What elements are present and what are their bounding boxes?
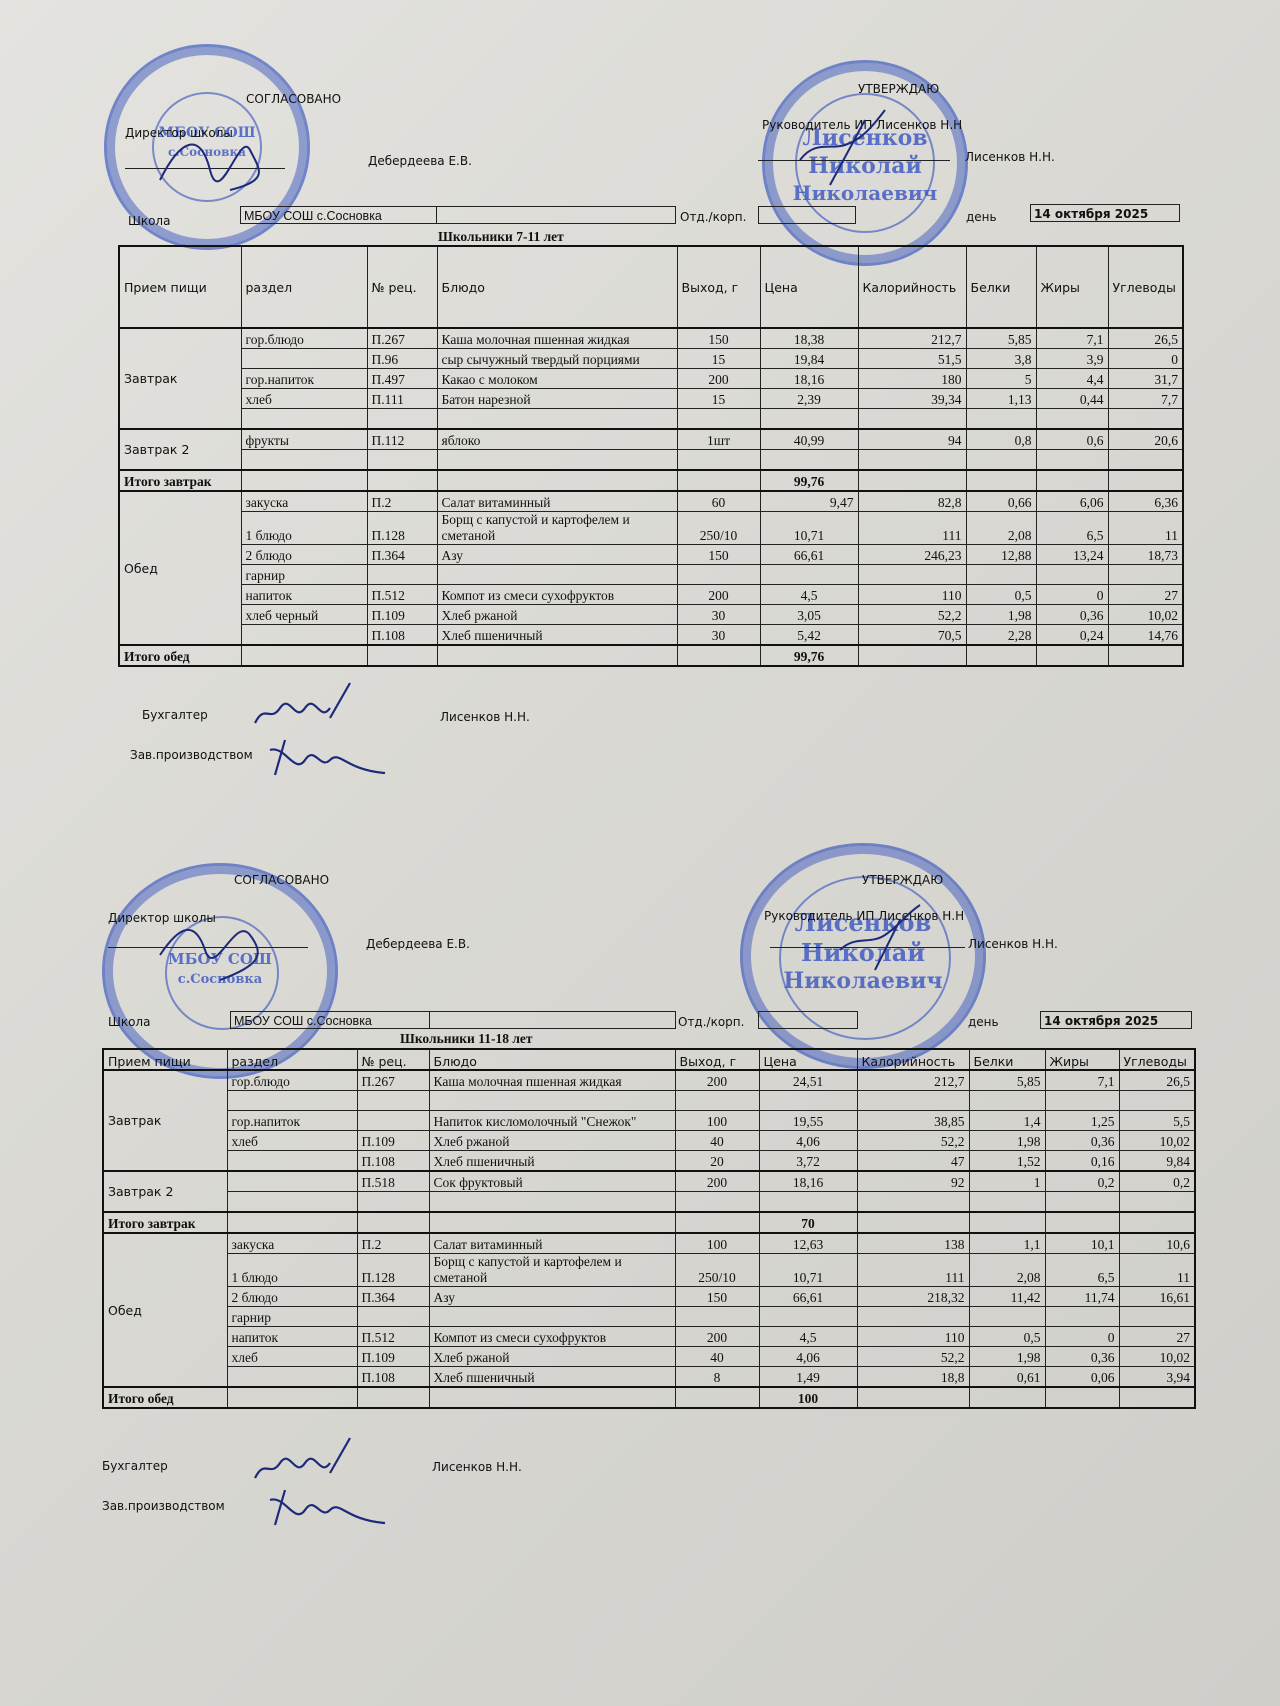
table-row: хлебП.109Хлеб ржаной404,0652,21,980,3610… [103,1347,1195,1367]
dish: Хлеб ржаной [429,1131,675,1151]
breakfast-total-row: Итого завтрак70 [103,1212,1195,1233]
breakfast-total-row: Итого завтрак99,76 [119,470,1183,491]
column-header: Выход, г [677,246,760,328]
table-row [103,1192,1195,1213]
calories: 212,7 [858,328,966,349]
head-signature [790,100,900,190]
dish: Батон нарезной [437,389,677,409]
price [759,1091,857,1111]
empty-cell [429,1212,675,1233]
dish [437,409,677,430]
fats [1045,1091,1119,1111]
empty-cell [437,470,677,491]
proteins: 1,98 [969,1131,1045,1151]
calories: 138 [857,1233,969,1254]
director-signature-line [108,947,308,948]
price: 4,5 [760,585,858,605]
recipe-no: П.518 [357,1171,429,1192]
price: 4,06 [759,1347,857,1367]
proteins: 0,66 [966,491,1036,512]
recipe-no: П.364 [357,1287,429,1307]
table-title: Школьники 11-18 лет [400,1031,533,1047]
section: гор.напиток [227,1111,357,1131]
empty-cell [1108,645,1183,666]
recipe-no: П.108 [367,625,437,646]
table-title: Школьники 7-11 лет [438,229,564,245]
dept-label: Отд./корп. [678,1015,744,1029]
production-signature [265,1485,395,1535]
ip-stamp-line3: Николаевич [743,968,983,994]
lunch-total-row: Итого обед100 [103,1387,1195,1408]
yield [677,450,760,471]
accountant-signature [250,1433,360,1493]
dish [429,1307,675,1327]
yield: 60 [677,491,760,512]
price: 12,63 [759,1233,857,1254]
empty-cell [857,1387,969,1408]
accountant-label: Бухгалтер [142,708,208,722]
table-row: 2 блюдоП.364Азу15066,61246,2312,8813,241… [119,545,1183,565]
proteins: 0,5 [969,1327,1045,1347]
proteins: 5,85 [969,1070,1045,1091]
fats: 0 [1045,1327,1119,1347]
dish: Хлеб ржаной [437,605,677,625]
dept-label: Отд./корп. [680,210,746,224]
yield: 1шт [677,429,760,450]
yield [675,1192,759,1213]
price: 18,38 [760,328,858,349]
price: 3,05 [760,605,858,625]
dish: яблоко [437,429,677,450]
column-header: Углеводы [1119,1049,1195,1070]
empty-cell [969,1387,1045,1408]
empty-cell [858,645,966,666]
recipe-no: П.267 [357,1070,429,1091]
fats [1045,1307,1119,1327]
carbs [1108,565,1183,585]
empty-cell [1045,1212,1119,1233]
calories [857,1192,969,1213]
recipe-no: П.108 [357,1367,429,1388]
section [227,1151,357,1172]
price: 18,16 [760,369,858,389]
calories: 94 [858,429,966,450]
price: 19,55 [759,1111,857,1131]
section: закуска [227,1233,357,1254]
price [760,565,858,585]
price: 24,51 [759,1070,857,1091]
column-header: раздел [241,246,367,328]
proteins: 2,08 [969,1254,1045,1287]
carbs: 11 [1119,1254,1195,1287]
recipe-no: П.267 [367,328,437,349]
calories: 18,8 [857,1367,969,1388]
recipe-no: П.96 [367,349,437,369]
carbs: 31,7 [1108,369,1183,389]
recipe-no: П.109 [367,605,437,625]
proteins [966,565,1036,585]
yield [677,409,760,430]
yield: 100 [675,1111,759,1131]
fats: 6,5 [1045,1254,1119,1287]
empty-cell [675,1212,759,1233]
column-header: Калорийность [857,1049,969,1070]
carbs: 10,6 [1119,1233,1195,1254]
yield: 150 [675,1287,759,1307]
calories [858,565,966,585]
price: 4,5 [759,1327,857,1347]
yield: 200 [675,1327,759,1347]
column-header: Прием пищи [103,1049,227,1070]
carbs: 18,73 [1108,545,1183,565]
empty-cell [429,1387,675,1408]
meal-name: Обед [103,1233,227,1387]
ip-stamp-line2: Николай [743,938,983,967]
day-field[interactable]: 14 октября 2025 [1040,1011,1192,1029]
empty-cell [367,470,437,491]
table-row: ОбедзакускаП.2Салат витаминный10012,6313… [103,1233,1195,1254]
school-field[interactable]: МБОУ СОШ с.Сосновка [240,206,437,224]
calories [857,1307,969,1327]
empty-cell [1108,470,1183,491]
proteins: 2,08 [966,512,1036,545]
section: напиток [241,585,367,605]
yield: 40 [675,1347,759,1367]
school-extra-field[interactable] [436,206,676,224]
yield: 20 [675,1151,759,1172]
fats [1036,409,1108,430]
fats: 0,36 [1036,605,1108,625]
carbs [1119,1307,1195,1327]
carbs: 27 [1119,1327,1195,1347]
carbs [1119,1192,1195,1213]
carbs: 10,02 [1108,605,1183,625]
table-row: ОбедзакускаП.2Салат витаминный609,4782,8… [119,491,1183,512]
recipe-no [367,565,437,585]
calories [858,450,966,471]
fats: 1,25 [1045,1111,1119,1131]
production-signature [265,735,395,785]
dish: Какао с молоком [437,369,677,389]
calories: 212,7 [857,1070,969,1091]
fats [1036,565,1108,585]
total-price: 99,76 [760,645,858,666]
school-stamp-line2: с.Сосновка [107,145,307,159]
ip-stamp-line2: Николай [765,153,965,179]
proteins: 3,8 [966,349,1036,369]
proteins: 11,42 [969,1287,1045,1307]
table-row: напитокП.512Компот из смеси сухофруктов2… [119,585,1183,605]
day-label: день [966,210,997,224]
empty-cell [1119,1212,1195,1233]
section: хлеб черный [241,605,367,625]
proteins: 1,98 [969,1347,1045,1367]
table-header-row: Прием пищираздел№ рец.БлюдоВыход, гЦенаК… [103,1049,1195,1070]
meal-name: Завтрак [103,1070,227,1171]
column-header: Жиры [1045,1049,1119,1070]
carbs [1108,450,1183,471]
table-row: гор.напитокП.497Какао с молоком20018,161… [119,369,1183,389]
recipe-no: П.512 [357,1327,429,1347]
recipe-no [357,1192,429,1213]
total-label: Итого обед [119,645,241,666]
price: 5,42 [760,625,858,646]
carbs: 6,36 [1108,491,1183,512]
dish [429,1091,675,1111]
table-row: хлебП.111Батон нарезной152,3939,341,130,… [119,389,1183,409]
carbs: 16,61 [1119,1287,1195,1307]
calories: 110 [857,1327,969,1347]
table-row: 1 блюдоП.128Борщ с капустой и картофелем… [119,512,1183,545]
table-row: 2 блюдоП.364Азу15066,61218,3211,4211,741… [103,1287,1195,1307]
section [227,1171,357,1192]
recipe-no [357,1091,429,1111]
recipe-no: П.109 [357,1131,429,1151]
empty-cell [969,1212,1045,1233]
recipe-no: П.2 [367,491,437,512]
recipe-no [357,1307,429,1327]
yield: 100 [675,1233,759,1254]
fats: 4,4 [1036,369,1108,389]
total-label: Итого завтрак [119,470,241,491]
table-header-row: Прием пищираздел№ рец.БлюдоВыход, гЦенаК… [119,246,1183,328]
total-price: 70 [759,1212,857,1233]
price [760,450,858,471]
school-stamp: МБОУ СОШ с.Сосновка [102,863,338,1079]
section: 1 блюдо [227,1254,357,1287]
price: 66,61 [759,1287,857,1307]
column-header: Выход, г [675,1049,759,1070]
recipe-no: П.364 [367,545,437,565]
dish [437,565,677,585]
section [241,625,367,646]
calories: 52,2 [857,1131,969,1151]
table-row: П.96сыр сычужный твердый порциями1519,84… [119,349,1183,369]
head-signature-line [758,160,950,161]
dept-field[interactable] [758,206,856,224]
school-stamp-line1: МБОУ СОШ [105,950,335,968]
fats: 0,16 [1045,1151,1119,1172]
column-header: Прием пищи [119,246,241,328]
carbs: 9,84 [1119,1151,1195,1172]
price: 10,71 [760,512,858,545]
yield: 150 [677,545,760,565]
fats: 6,06 [1036,491,1108,512]
section: гор.блюдо [241,328,367,349]
fats: 0,06 [1045,1367,1119,1388]
recipe-no: П.112 [367,429,437,450]
recipe-no: П.111 [367,389,437,409]
empty-cell [1036,645,1108,666]
yield: 200 [675,1171,759,1192]
production-label: Зав.производством [102,1499,225,1513]
calories: 82,8 [858,491,966,512]
price: 40,99 [760,429,858,450]
price: 4,06 [759,1131,857,1151]
table-row: Завтрак 2фруктыП.112яблоко1шт40,99940,80… [119,429,1183,450]
proteins [969,1307,1045,1327]
dish: Салат витаминный [437,491,677,512]
day-label: день [968,1015,999,1029]
carbs: 7,7 [1108,389,1183,409]
price: 9,47 [760,491,858,512]
dish: сыр сычужный твердый порциями [437,349,677,369]
price: 66,61 [760,545,858,565]
column-header: Цена [759,1049,857,1070]
dish: Хлеб пшеничный [429,1151,675,1172]
yield: 30 [677,605,760,625]
fats: 7,1 [1045,1070,1119,1091]
calories: 180 [858,369,966,389]
empty-cell [227,1387,357,1408]
section [227,1367,357,1388]
empty-cell [1119,1387,1195,1408]
dish: Борщ с капустой и картофелем и сметаной [429,1254,675,1287]
production-label: Зав.производством [130,748,253,762]
section: закуска [241,491,367,512]
carbs: 3,94 [1119,1367,1195,1388]
total-label: Итого обед [103,1387,227,1408]
proteins: 0,8 [966,429,1036,450]
carbs: 14,76 [1108,625,1183,646]
school-field[interactable]: МБОУ СОШ с.Сосновка [230,1011,430,1029]
price: 3,72 [759,1151,857,1172]
table-row: П.108Хлеб пшеничный305,4270,52,280,2414,… [119,625,1183,646]
yield: 15 [677,349,760,369]
table-row: П.108Хлеб пшеничный203,72471,520,169,84 [103,1151,1195,1172]
empty-cell [437,645,677,666]
director-label: Директор школы [125,126,233,140]
calories: 110 [858,585,966,605]
fats: 10,1 [1045,1233,1119,1254]
agreed-heading: СОГЛАСОВАНО [246,92,341,106]
section: 1 блюдо [241,512,367,545]
section: хлеб [227,1131,357,1151]
table-row: гор.напитокНапиток кисломолочный "Снежок… [103,1111,1195,1131]
calories: 52,2 [858,605,966,625]
empty-cell [677,645,760,666]
director-name: Дебердеева Е.В. [366,937,470,951]
table-row: хлеб черныйП.109Хлеб ржаной303,0552,21,9… [119,605,1183,625]
calories: 39,34 [858,389,966,409]
carbs: 0 [1108,349,1183,369]
section: гарнир [227,1307,357,1327]
fats: 6,5 [1036,512,1108,545]
proteins: 1,1 [969,1233,1045,1254]
price [759,1192,857,1213]
recipe-no: П.2 [357,1233,429,1254]
dish: Каша молочная пшенная жидкая [437,328,677,349]
column-header: № рец. [367,246,437,328]
carbs: 26,5 [1119,1070,1195,1091]
school-extra-field[interactable] [429,1011,676,1029]
price: 1,49 [759,1367,857,1388]
price [760,409,858,430]
section [227,1192,357,1213]
yield: 150 [677,328,760,349]
price: 18,16 [759,1171,857,1192]
carbs: 26,5 [1108,328,1183,349]
calories: 52,2 [857,1347,969,1367]
head-signature-line [770,947,965,948]
total-price: 100 [759,1387,857,1408]
table-row: напитокП.512Компот из смеси сухофруктов2… [103,1327,1195,1347]
dish: Сок фруктовый [429,1171,675,1192]
calories: 111 [858,512,966,545]
yield: 250/10 [677,512,760,545]
dish [437,450,677,471]
proteins: 5,85 [966,328,1036,349]
ip-stamp-line3: Николаевич [765,181,965,205]
table-row: гарнир [119,565,1183,585]
yield: 200 [677,369,760,389]
dish: Борщ с капустой и картофелем и сметаной [437,512,677,545]
menu-table: Прием пищираздел№ рец.БлюдоВыход, гЦенаК… [118,245,1184,667]
carbs [1119,1091,1195,1111]
empty-cell [357,1387,429,1408]
dish: Компот из смеси сухофруктов [437,585,677,605]
fats: 3,9 [1036,349,1108,369]
fats: 0 [1036,585,1108,605]
column-header: раздел [227,1049,357,1070]
day-field[interactable]: 14 октября 2025 [1030,204,1180,222]
proteins: 0,61 [969,1367,1045,1388]
carbs: 20,6 [1108,429,1183,450]
lunch-total-row: Итого обед99,76 [119,645,1183,666]
director-signature-line [125,168,285,169]
head-label: Руководитель ИП Лисенков Н.Н [764,909,964,923]
empty-cell [241,645,367,666]
carbs: 5,5 [1119,1111,1195,1131]
column-header: Калорийность [858,246,966,328]
dept-field[interactable] [758,1011,858,1029]
accountant-name: Лисенков Н.Н. [432,1460,522,1474]
carbs: 0,2 [1119,1171,1195,1192]
section [241,409,367,430]
yield: 200 [675,1070,759,1091]
calories: 47 [857,1151,969,1172]
calories: 51,5 [858,349,966,369]
table-row: П.108Хлеб пшеничный81,4918,80,610,063,94 [103,1367,1195,1388]
empty-cell [857,1212,969,1233]
column-header: Блюдо [437,246,677,328]
table-row: 1 блюдоП.128Борщ с капустой и картофелем… [103,1254,1195,1287]
proteins: 1 [969,1171,1045,1192]
price: 2,39 [760,389,858,409]
recipe-no [367,450,437,471]
proteins: 2,28 [966,625,1036,646]
empty-cell [677,470,760,491]
proteins [969,1192,1045,1213]
price: 19,84 [760,349,858,369]
dish: Каша молочная пшенная жидкая [429,1070,675,1091]
proteins: 1,13 [966,389,1036,409]
accountant-name: Лисенков Н.Н. [440,710,530,724]
dish: Азу [429,1287,675,1307]
calories [857,1091,969,1111]
section: гор.напиток [241,369,367,389]
table-row: Завтрак 2П.518Сок фруктовый20018,169210,… [103,1171,1195,1192]
agreed-heading: СОГЛАСОВАНО [234,873,329,887]
fats: 0,2 [1045,1171,1119,1192]
column-header: № рец. [357,1049,429,1070]
empty-cell [1045,1387,1119,1408]
head-label: Руководитель ИП Лисенков Н.Н [762,118,962,132]
section: 2 блюдо [241,545,367,565]
calories: 38,85 [857,1111,969,1131]
yield [677,565,760,585]
total-price: 99,76 [760,470,858,491]
